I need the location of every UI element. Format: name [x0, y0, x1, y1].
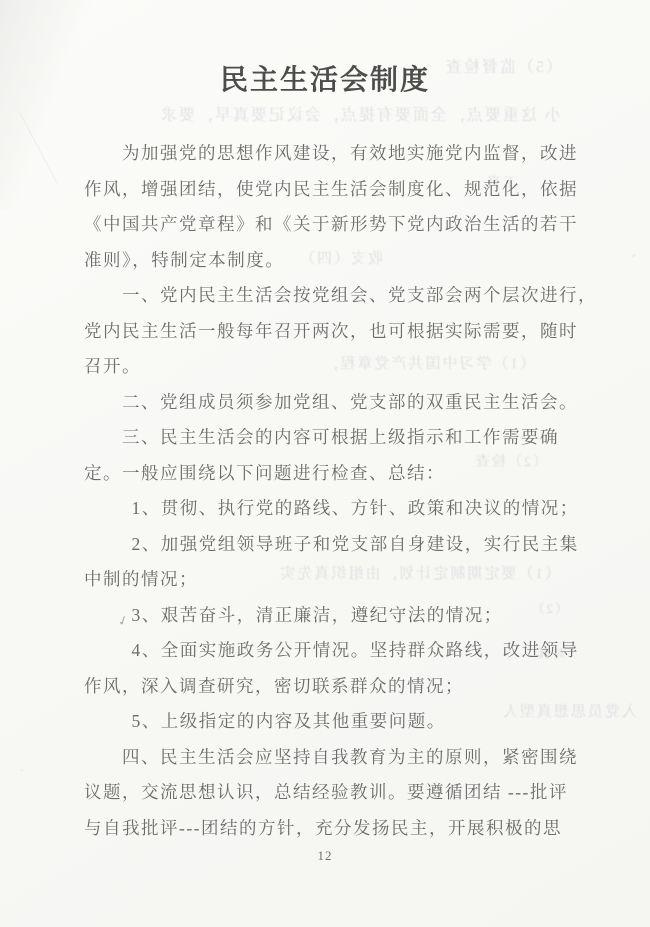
text-line: 党内民主生活一般每年召开两次，也可根据实际需要，随时 [84, 314, 584, 350]
text-line: 与自我批评---团结的方针，充分发扬民主，开展积极的思 [84, 811, 584, 847]
text-line: 4、全面实施政务公开情况。坚持群众路线，改进领导 [84, 633, 584, 669]
text-line: 二、党组成员须参加党组、党支部的双重民主生活会。 [84, 385, 584, 421]
text-line: 中制的情况； [84, 562, 584, 598]
scanned-document-page: （5）监督检查小 这重要点，全面要有提点，会议记要真早，要求工真收支（四）（1）… [0, 0, 650, 927]
text-line: 一、党内民主生活会按党组会、党支部会两个层次进行， [84, 278, 584, 314]
text-line: 作风，增强团结，使党内民主生活会制度化、规范化，依据 [84, 172, 584, 208]
text-line: 三、民主生活会的内容可根据上级指示和工作需要确 [84, 420, 584, 456]
text-line: 作风，深入调查研究，密切联系群众的情况； [84, 669, 584, 705]
page-number: 12 [0, 848, 650, 864]
bleedthrough-text: 、 [616, 243, 636, 260]
paper-corner-shadow [0, 0, 95, 210]
text-line: 召开。 [84, 349, 584, 385]
text-line: 四、民主生活会应坚持自我教育为主的原则，紧密围绕 [84, 740, 584, 776]
text-line: 1、贯彻、执行党的路线、方针、政策和决议的情况； [84, 491, 584, 527]
text-line: 《中国共产党章程》和《关于新形势下党内政治生活的若干 [84, 207, 584, 243]
document-body: 为加强党的思想作风建设，有效地实施党内监督，改进作风，增强团结，使党内民主生活会… [84, 136, 584, 846]
text-line: 议题，交流思想认识，总结经验教训。要遵循团结 ---批评 [84, 775, 584, 811]
text-line: 准则》，特制定本制度。 [84, 243, 584, 279]
text-line: 为加强党的思想作风建设，有效地实施党内监督，改进 [84, 136, 584, 172]
text-line: 2、加强党组领导班子和党支部自身建设，实行民主集 [84, 527, 584, 563]
paper-speck: · [20, 765, 24, 777]
text-line: 3、艰苦奋斗，清正廉洁，遵纪守法的情况； [84, 598, 584, 634]
document-title: 民主生活会制度 [0, 58, 650, 98]
text-line: 5、上级指定的内容及其他重要问题。 [84, 704, 584, 740]
paper-crease [19, 112, 57, 183]
text-line: 定。一般应围绕以下问题进行检查、总结： [84, 456, 584, 492]
bleedthrough-text: 小 这重要点，全面要有提点，会议记要真早，要求 [105, 102, 561, 125]
